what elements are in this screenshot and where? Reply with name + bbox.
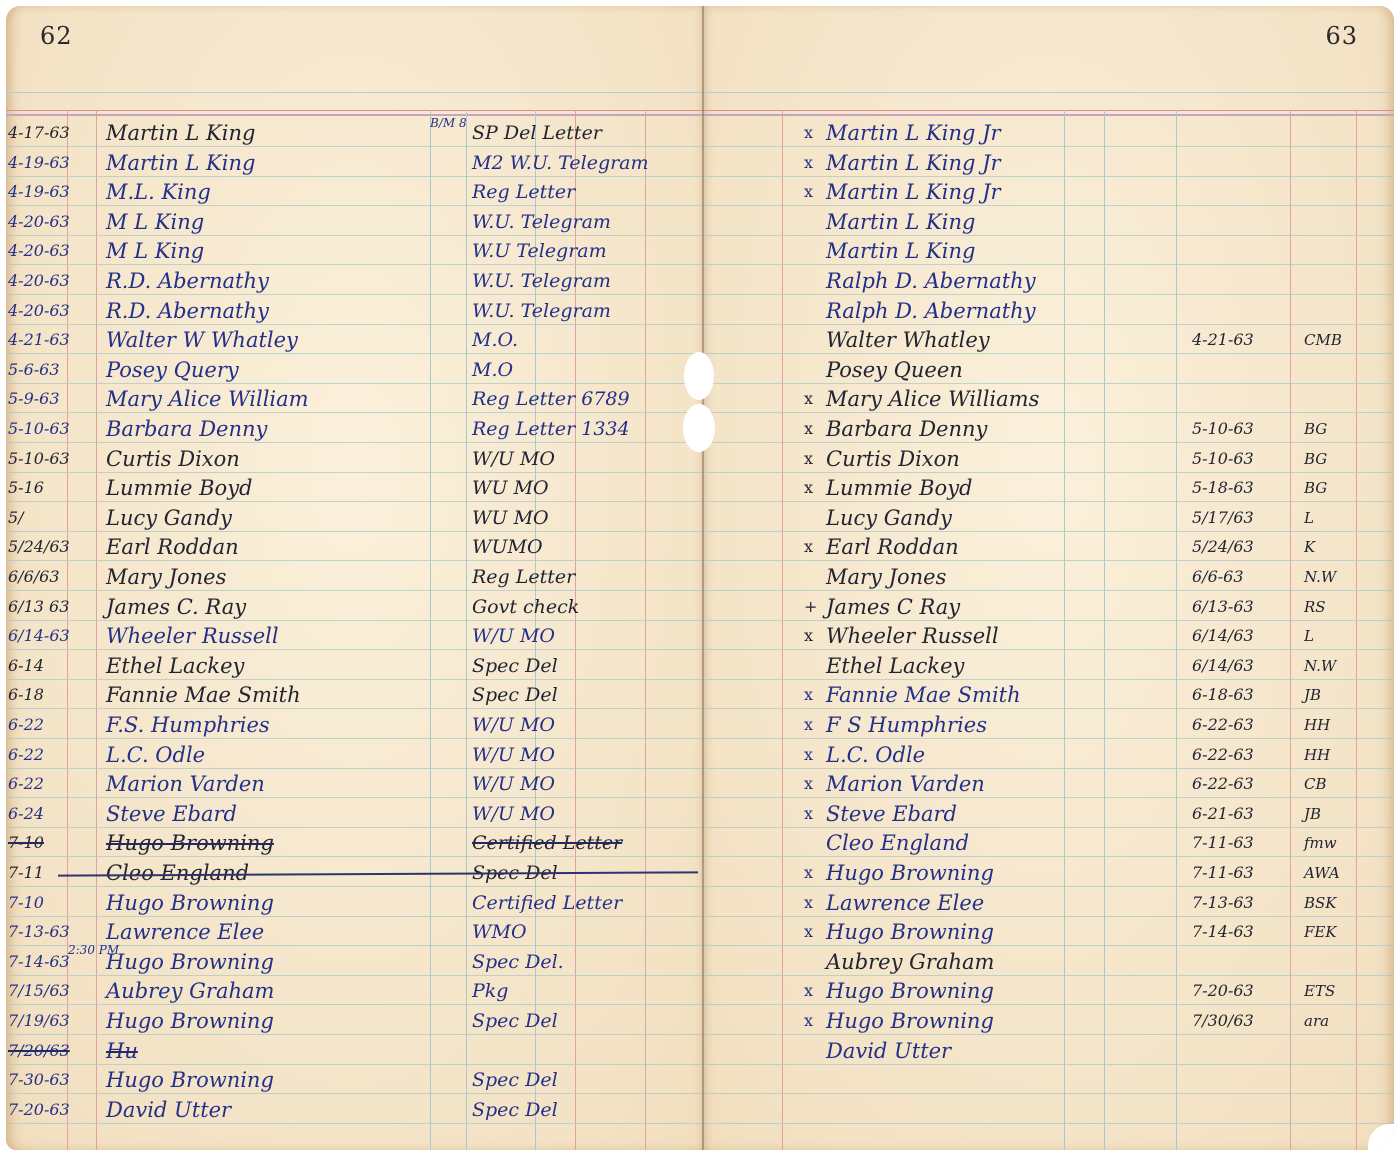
recipient-signature: Martin L King [826, 207, 975, 237]
witness-mark: x [804, 621, 813, 651]
signature-row: xMartin L King Jr [704, 148, 1394, 178]
mail-type: Reg Letter 6789 [472, 384, 630, 414]
clerk-initials: BG [1304, 473, 1327, 503]
mail-type: Spec Del [472, 1006, 558, 1036]
entry-annotation: B/M 8 [430, 116, 467, 130]
ledger-entry-row: 5-10-63Barbara DennyReg Letter 1334 [6, 414, 704, 444]
signature-row: xMartin L King Jr [704, 118, 1394, 148]
ledger-entry-row: 6-24Steve EbardW/U MO [6, 799, 704, 829]
addressee-name: M.L. King [106, 177, 211, 207]
mail-type: Reg Letter 1334 [472, 414, 630, 444]
delivery-date: 7-20-63 [1192, 976, 1254, 1006]
signature-row: Walter Whatley4-21-63CMB [704, 325, 1394, 355]
recipient-signature: Marion Varden [826, 769, 985, 799]
mail-type: WU MO [472, 473, 549, 503]
entry-date: 6-14 [8, 651, 44, 681]
addressee-name: M L King [106, 207, 204, 237]
clerk-initials: HH [1304, 740, 1330, 770]
signature-row: xHugo Browning7-11-63AWA [704, 858, 1394, 888]
addressee-name: Steve Ebard [106, 799, 237, 829]
witness-mark: x [804, 680, 813, 710]
ledger-entry-row: 4-20-63R.D. AbernathyW.U. Telegram [6, 266, 704, 296]
addressee-name: L.C. Odle [106, 740, 205, 770]
addressee-name: Lummie Boyd [106, 473, 253, 503]
ledger-entry-row: 6/13 63James C. RayGovt check [6, 592, 704, 622]
addressee-name: R.D. Abernathy [106, 296, 269, 326]
witness-mark: x [804, 888, 813, 918]
ledger-entry-row: 5-16Lummie BoydWU MO [6, 473, 704, 503]
header-rule [704, 92, 1394, 93]
signature-row: Martin L King [704, 207, 1394, 237]
clerk-initials: ara [1304, 1006, 1329, 1036]
ledger-entry-row: 4-20-63M L KingW.U Telegram [6, 236, 704, 266]
witness-mark: x [804, 384, 813, 414]
recipient-signature: Lawrence Elee [826, 888, 984, 918]
delivery-date: 6-22-63 [1192, 710, 1254, 740]
ledger-entry-row: 6/14-63Wheeler RussellW/U MO [6, 621, 704, 651]
mail-type: M2 W.U. Telegram [472, 148, 649, 178]
recipient-signature: Wheeler Russell [826, 621, 999, 651]
recipient-signature: James C Ray [826, 592, 960, 622]
entry-date: 4-20-63 [8, 207, 70, 237]
ledger-entry-row: 5-10-63Curtis DixonW/U MO [6, 444, 704, 474]
addressee-name: Mary Alice William [106, 384, 309, 414]
clerk-initials: AWA [1304, 858, 1340, 888]
entry-date: 6-22 [8, 710, 44, 740]
clerk-initials: CB [1304, 769, 1327, 799]
mail-type: M.O [472, 355, 513, 385]
delivery-date: 5/17/63 [1192, 503, 1254, 533]
mail-type: Certified Letter [472, 888, 622, 918]
entry-date: 6-24 [8, 799, 44, 829]
addressee-name: James C. Ray [106, 592, 246, 622]
addressee-name: F.S. Humphries [106, 710, 270, 740]
recipient-signature: Martin L King Jr [826, 148, 1001, 178]
addressee-name: Fannie Mae Smith [106, 680, 301, 710]
addressee-name: Marion Varden [106, 769, 265, 799]
entry-date: 7/20/63 [8, 1036, 70, 1066]
page-number-right: 63 [1325, 22, 1358, 50]
ledger-entry-row: 6-22F.S. HumphriesW/U MO [6, 710, 704, 740]
addressee-name: Lawrence Elee [106, 917, 264, 947]
signature-row: xCurtis Dixon5-10-63BG [704, 444, 1394, 474]
addressee-name: Ethel Lackey [106, 651, 244, 681]
clerk-initials: K [1304, 532, 1315, 562]
entry-date: 4-20-63 [8, 266, 70, 296]
entry-date: 7-10 [8, 888, 44, 918]
entry-date: 4-20-63 [8, 236, 70, 266]
recipient-signature: Hugo Browning [826, 858, 994, 888]
delivery-date: 5-10-63 [1192, 444, 1254, 474]
addressee-name: Hugo Browning [106, 888, 274, 918]
clerk-initials: JB [1304, 680, 1321, 710]
addressee-name: Hu [106, 1036, 138, 1066]
entry-date: 5-6-63 [8, 355, 60, 385]
recipient-signature: Mary Jones [826, 562, 946, 592]
entry-date: 5/24/63 [8, 532, 70, 562]
delivery-date: 5-10-63 [1192, 414, 1254, 444]
entry-date: 7-10 [8, 828, 44, 858]
mail-type: Govt check [472, 592, 579, 622]
witness-mark: + [804, 592, 817, 622]
entry-date: 5/ [8, 503, 24, 533]
clerk-initials: CMB [1304, 325, 1342, 355]
ledger-entry-row: 4-21-63Walter W WhatleyM.O. [6, 325, 704, 355]
delivery-date: 5/24/63 [1192, 532, 1254, 562]
ledger-entry-row: 7-20-63David UtterSpec Del [6, 1095, 704, 1125]
recipient-signature: Martin L King [826, 236, 975, 266]
witness-mark: x [804, 740, 813, 770]
ledger-page-right: 63 xMartin L King JrxMartin L King JrxMa… [704, 6, 1394, 1150]
signature-row: xSteve Ebard6-21-63JB [704, 799, 1394, 829]
recipient-signature: L.C. Odle [826, 740, 925, 770]
signature-row: xLawrence Elee7-13-63BSK [704, 888, 1394, 918]
double-red-rule-lower [6, 114, 704, 116]
addressee-name: Hugo Browning [106, 947, 274, 977]
entry-date: 5-10-63 [8, 414, 70, 444]
mail-type: WU MO [472, 503, 549, 533]
entry-date: 4-19-63 [8, 177, 70, 207]
delivery-date: 4-21-63 [1192, 325, 1254, 355]
clerk-initials: RS [1304, 592, 1326, 622]
recipient-signature: Aubrey Graham [826, 947, 994, 977]
entry-date: 7-13-63 [8, 917, 70, 947]
mail-type: Pkg [472, 976, 508, 1006]
entry-date: 5-16 [8, 473, 44, 503]
addressee-name: Posey Query [106, 355, 239, 385]
addressee-name: Martin L King [106, 118, 255, 148]
witness-mark: x [804, 858, 813, 888]
ledger-entry-row: 6-22L.C. OdleW/U MO [6, 740, 704, 770]
entry-date: 6-22 [8, 740, 44, 770]
clerk-initials: N.W [1304, 562, 1336, 592]
mail-type: Spec Del [472, 651, 558, 681]
entry-date: 6-22 [8, 769, 44, 799]
ledger-entry-row: 7-10Hugo BrowningCertified Letter [6, 828, 704, 858]
delivery-date: 7-11-63 [1192, 828, 1254, 858]
signature-row: xF S Humphries6-22-63HH [704, 710, 1394, 740]
addressee-name: Hugo Browning [106, 1006, 274, 1036]
clerk-initials: BG [1304, 444, 1327, 474]
recipient-signature: Walter Whatley [826, 325, 990, 355]
page-number-left: 62 [40, 22, 73, 50]
addressee-name: Martin L King [106, 148, 255, 178]
delivery-date: 6/6-63 [1192, 562, 1244, 592]
entry-date: 6/14-63 [8, 621, 70, 651]
ledger-entry-row: 7/20/63Hu [6, 1036, 704, 1066]
clerk-initials: FEK [1304, 917, 1337, 947]
entry-date: 7-11 [8, 858, 44, 888]
mail-type: Spec Del [472, 1065, 558, 1095]
witness-mark: x [804, 532, 813, 562]
signature-row: xHugo Browning7-14-63FEK [704, 917, 1394, 947]
recipient-signature: Ralph D. Abernathy [826, 296, 1036, 326]
delivery-date: 7-11-63 [1192, 858, 1254, 888]
page-corner-curl [1368, 1124, 1394, 1150]
signature-row: xL.C. Odle6-22-63HH [704, 740, 1394, 770]
entry-date: 7/19/63 [8, 1006, 70, 1036]
addressee-name: R.D. Abernathy [106, 266, 269, 296]
recipient-signature: Posey Queen [826, 355, 963, 385]
signature-row: xHugo Browning7-20-63ETS [704, 976, 1394, 1006]
witness-mark: x [804, 118, 813, 148]
addressee-name: David Utter [106, 1095, 231, 1125]
recipient-signature: F S Humphries [826, 710, 987, 740]
header-rule [6, 92, 704, 93]
clerk-initials: L [1304, 503, 1314, 533]
signature-row: xHugo Browning7/30/63ara [704, 1006, 1394, 1036]
ledger-entry-row: 5-9-63Mary Alice WilliamReg Letter 6789 [6, 384, 704, 414]
entry-date: 6-18 [8, 680, 44, 710]
recipient-signature: Hugo Browning [826, 917, 994, 947]
addressee-name: M L King [106, 236, 204, 266]
delivery-date: 7/30/63 [1192, 1006, 1254, 1036]
mail-type: W/U MO [472, 769, 555, 799]
entry-date: 5-10-63 [8, 444, 70, 474]
witness-mark: x [804, 769, 813, 799]
ledger-entry-row: 5/Lucy GandyWU MO [6, 503, 704, 533]
witness-mark: x [804, 148, 813, 178]
ledger-page-left: 62 4-17-63Martin L KingSP Del LetterB/M … [6, 6, 704, 1150]
entry-date: 6/6/63 [8, 562, 60, 592]
signature-row: Posey Queen [704, 355, 1394, 385]
mail-type: M.O. [472, 325, 518, 355]
signature-row: Martin L King [704, 236, 1394, 266]
recipient-signature: Ralph D. Abernathy [826, 266, 1036, 296]
ledger-entry-row: 7-10Hugo BrowningCertified Letter [6, 888, 704, 918]
recipient-signature: Hugo Browning [826, 1006, 994, 1036]
signature-row: Ralph D. Abernathy [704, 296, 1394, 326]
ledger-entry-row: 5/24/63Earl RoddanWUMO [6, 532, 704, 562]
recipient-signature: Hugo Browning [826, 976, 994, 1006]
entry-date: 7-20-63 [8, 1095, 70, 1125]
signature-row: Mary Jones6/6-63N.W [704, 562, 1394, 592]
clerk-initials: L [1304, 621, 1314, 651]
recipient-signature: Curtis Dixon [826, 444, 960, 474]
delivery-date: 6/14/63 [1192, 651, 1254, 681]
addressee-name: Hugo Browning [106, 1065, 274, 1095]
ledger-entry-row: 7-14-63Hugo BrowningSpec Del.2:30 PM [6, 947, 704, 977]
entry-date: 5-9-63 [8, 384, 60, 414]
entry-date: 4-20-63 [8, 296, 70, 326]
signature-row: Ethel Lackey6/14/63N.W [704, 651, 1394, 681]
clerk-initials: JB [1304, 799, 1321, 829]
addressee-name: Wheeler Russell [106, 621, 279, 651]
recipient-signature: Ethel Lackey [826, 651, 964, 681]
entry-date: 4-21-63 [8, 325, 70, 355]
ledger-entry-row: 4-20-63R.D. AbernathyW.U. Telegram [6, 296, 704, 326]
witness-mark: x [804, 917, 813, 947]
signature-row: Ralph D. Abernathy [704, 266, 1394, 296]
clerk-initials: N.W [1304, 651, 1336, 681]
entry-date: 6/13 63 [8, 592, 69, 622]
recipient-signature: Martin L King Jr [826, 177, 1001, 207]
ledger-entry-row: 4-19-63Martin L KingM2 W.U. Telegram [6, 148, 704, 178]
delivery-date: 6-18-63 [1192, 680, 1254, 710]
mail-type: W.U. Telegram [472, 266, 611, 296]
ledger-entry-row: 4-19-63M.L. KingReg Letter [6, 177, 704, 207]
addressee-name: Earl Roddan [106, 532, 239, 562]
torn-hole [684, 352, 714, 400]
clerk-initials: BG [1304, 414, 1327, 444]
delivery-date: 7-13-63 [1192, 888, 1254, 918]
witness-mark: x [804, 799, 813, 829]
ledger-entry-row: 6/6/63Mary JonesReg Letter [6, 562, 704, 592]
clerk-initials: fmw [1304, 828, 1337, 858]
signature-row: xMarion Varden6-22-63CB [704, 769, 1394, 799]
mail-type: Certified Letter [472, 828, 622, 858]
delivery-date: 7-14-63 [1192, 917, 1254, 947]
ledger-entry-row: 6-22Marion VardenW/U MO [6, 769, 704, 799]
delivery-date: 6/13-63 [1192, 592, 1254, 622]
witness-mark: x [804, 177, 813, 207]
signature-row: xMartin L King Jr [704, 177, 1394, 207]
mail-type: Reg Letter [472, 177, 575, 207]
recipient-signature: Barbara Denny [826, 414, 987, 444]
ledger-entry-row: 7/19/63Hugo BrowningSpec Del [6, 1006, 704, 1036]
mail-type: SP Del Letter [472, 118, 602, 148]
mail-type: Spec Del [472, 680, 558, 710]
entry-date: 7/15/63 [8, 976, 70, 1006]
ledger-spread: 62 4-17-63Martin L KingSP Del LetterB/M … [6, 6, 1394, 1150]
entry-date: 7-30-63 [8, 1065, 70, 1095]
witness-mark: x [804, 976, 813, 1006]
delivery-date: 6-21-63 [1192, 799, 1254, 829]
witness-mark: x [804, 1006, 813, 1036]
mail-type: W/U MO [472, 799, 555, 829]
delivery-date: 6-22-63 [1192, 769, 1254, 799]
recipient-signature: Steve Ebard [826, 799, 957, 829]
signature-row: xLummie Boyd5-18-63BG [704, 473, 1394, 503]
entry-date: 4-17-63 [8, 118, 70, 148]
torn-hole [683, 404, 715, 452]
entry-date: 4-19-63 [8, 148, 70, 178]
ledger-entry-row: 4-17-63Martin L KingSP Del LetterB/M 8 [6, 118, 704, 148]
signature-row: David Utter [704, 1036, 1394, 1066]
signature-row: +James C Ray6/13-63RS [704, 592, 1394, 622]
ruled-line [704, 1093, 1394, 1094]
mail-type: W.U. Telegram [472, 207, 611, 237]
witness-mark: x [804, 710, 813, 740]
mail-type: W.U. Telegram [472, 296, 611, 326]
addressee-name: Hugo Browning [106, 828, 274, 858]
delivery-date: 6/14/63 [1192, 621, 1254, 651]
ledger-entry-row: 4-20-63M L KingW.U. Telegram [6, 207, 704, 237]
delivery-date: 5-18-63 [1192, 473, 1254, 503]
ledger-entry-row: 7-30-63Hugo BrowningSpec Del [6, 1065, 704, 1095]
addressee-name: Walter W Whatley [106, 325, 298, 355]
entry-time: 2:30 PM [68, 943, 119, 957]
signature-row: Lucy Gandy5/17/63L [704, 503, 1394, 533]
clerk-initials: BSK [1304, 888, 1337, 918]
ruled-line [704, 1123, 1394, 1124]
signature-row: xBarbara Denny5-10-63BG [704, 414, 1394, 444]
mail-type: W/U MO [472, 710, 555, 740]
witness-mark: x [804, 444, 813, 474]
recipient-signature: Lummie Boyd [826, 473, 973, 503]
recipient-signature: Fannie Mae Smith [826, 680, 1021, 710]
addressee-name: Aubrey Graham [106, 976, 274, 1006]
clerk-initials: ETS [1304, 976, 1335, 1006]
recipient-signature: David Utter [826, 1036, 951, 1066]
signature-row: Cleo England7-11-63fmw [704, 828, 1394, 858]
signature-row: xFannie Mae Smith6-18-63JB [704, 680, 1394, 710]
addressee-name: Curtis Dixon [106, 444, 240, 474]
mail-type: Spec Del [472, 1095, 558, 1125]
mail-type: W/U MO [472, 621, 555, 651]
recipient-signature: Earl Roddan [826, 532, 959, 562]
signature-row: Aubrey Graham [704, 947, 1394, 977]
ledger-entry-row: 7/15/63Aubrey GrahamPkg [6, 976, 704, 1006]
recipient-signature: Martin L King Jr [826, 118, 1001, 148]
ledger-entry-row: 6-18Fannie Mae SmithSpec Del [6, 680, 704, 710]
mail-type: WUMO [472, 532, 543, 562]
signature-row: xWheeler Russell6/14/63L [704, 621, 1394, 651]
mail-type: W.U Telegram [472, 236, 607, 266]
mail-type: Spec Del. [472, 947, 564, 977]
recipient-signature: Cleo England [826, 828, 969, 858]
ledger-entry-row: 6-14Ethel LackeySpec Del [6, 651, 704, 681]
delivery-date: 6-22-63 [1192, 740, 1254, 770]
witness-mark: x [804, 414, 813, 444]
addressee-name: Mary Jones [106, 562, 226, 592]
recipient-signature: Lucy Gandy [826, 503, 952, 533]
signature-row: xMary Alice Williams [704, 384, 1394, 414]
clerk-initials: HH [1304, 710, 1330, 740]
addressee-name: Barbara Denny [106, 414, 267, 444]
mail-type: W/U MO [472, 740, 555, 770]
entry-date: 7-14-63 [8, 947, 70, 977]
mail-type: WMO [472, 917, 527, 947]
mail-type: Reg Letter [472, 562, 575, 592]
signature-row: xEarl Roddan5/24/63K [704, 532, 1394, 562]
ledger-entry-row: 5-6-63Posey QueryM.O [6, 355, 704, 385]
double-red-rule [6, 110, 704, 111]
witness-mark: x [804, 473, 813, 503]
recipient-signature: Mary Alice Williams [826, 384, 1039, 414]
addressee-name: Lucy Gandy [106, 503, 232, 533]
mail-type: W/U MO [472, 444, 555, 474]
